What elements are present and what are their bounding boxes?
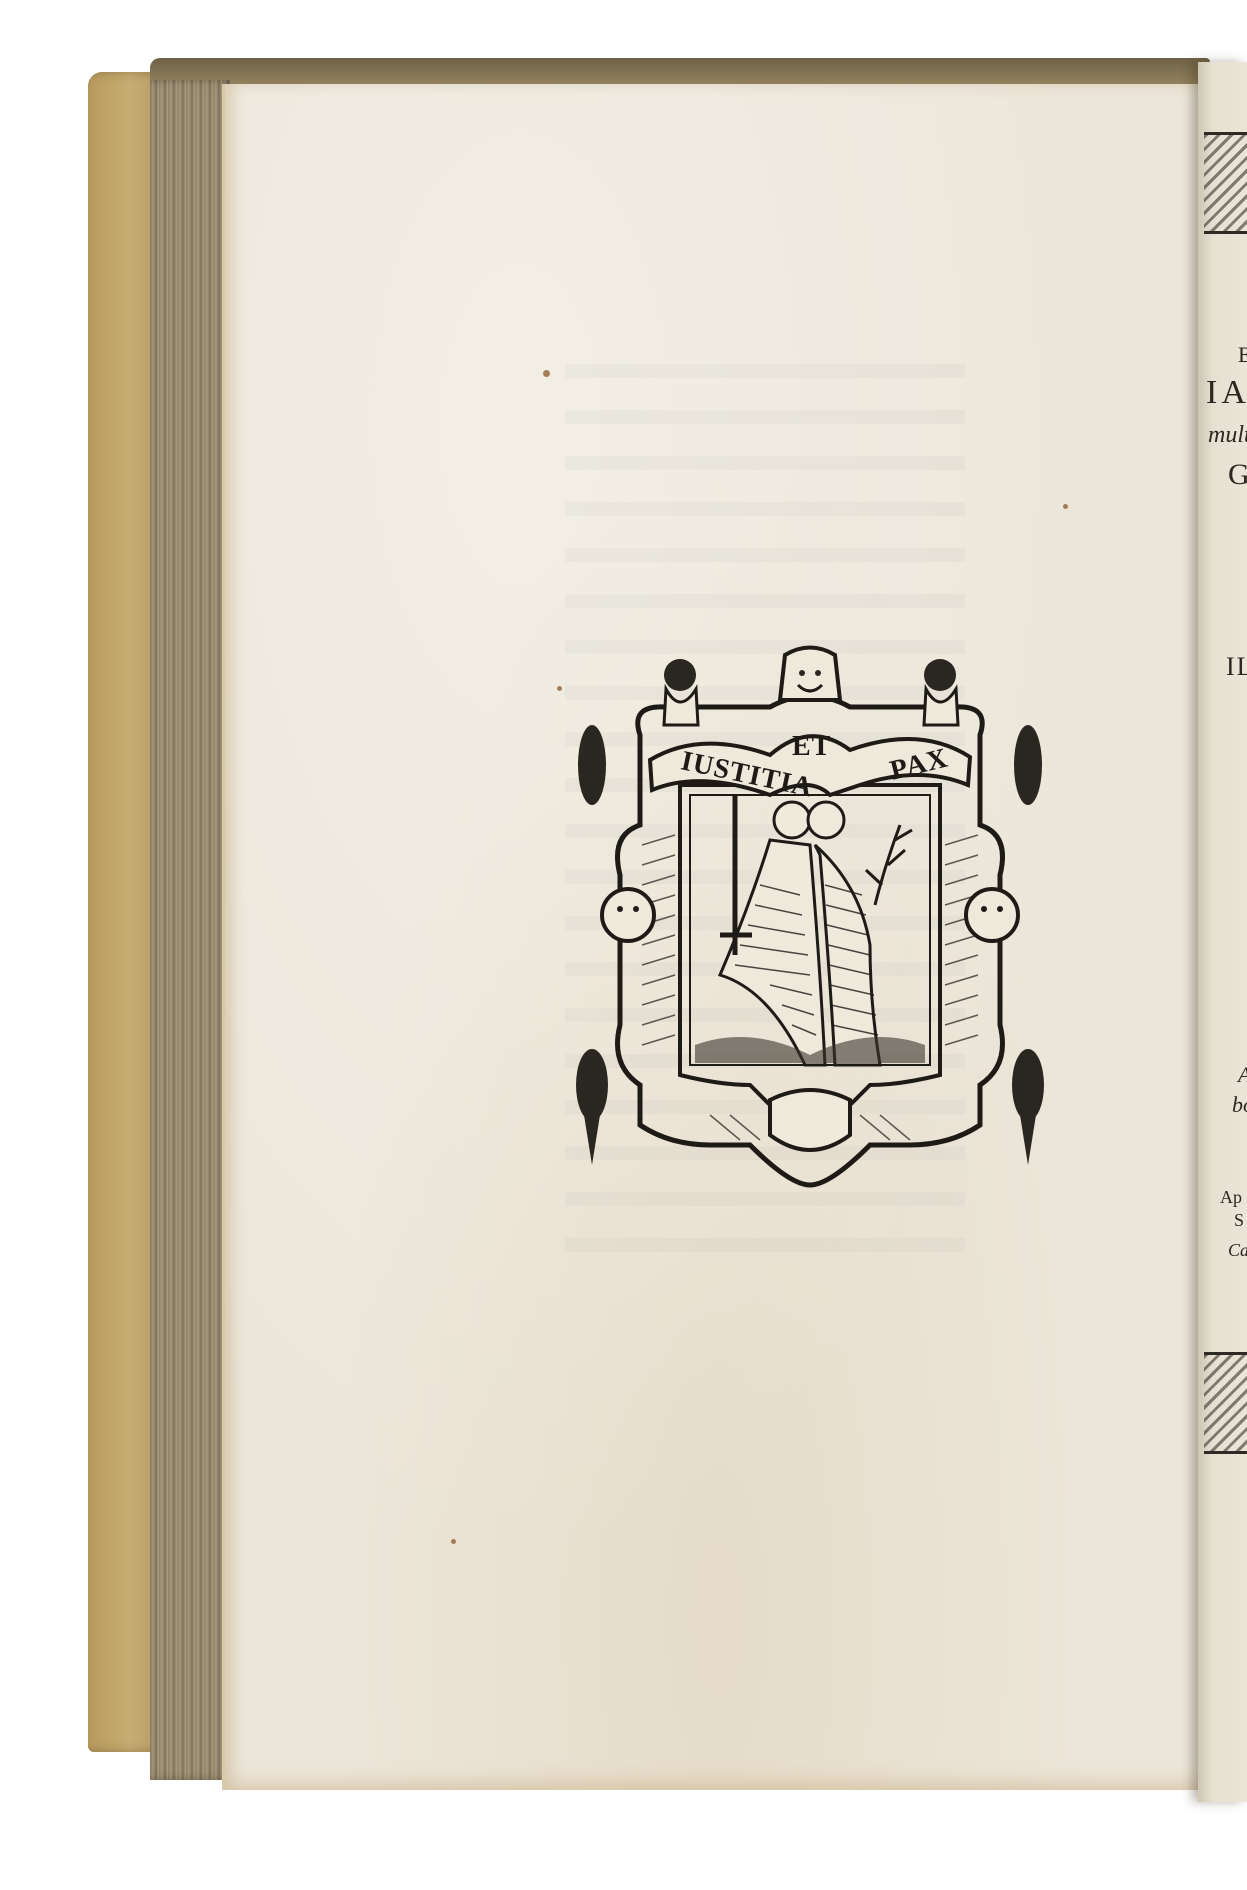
ornamental-border-bottom: [1204, 1352, 1247, 1454]
right-title-page: E IAPA multo Ge ILL Ar bon Ap S Ca: [1198, 62, 1247, 1802]
ornamental-border-top: [1204, 132, 1247, 234]
imprint-fragment: Ca: [1228, 1240, 1247, 1261]
foxing-spot: [451, 1539, 456, 1544]
title-fragment: IAPA: [1206, 374, 1247, 412]
page-block-edge: [150, 80, 230, 1780]
foxing-spot: [1063, 504, 1068, 509]
woodcut-illustration: [570, 645, 1050, 1205]
foxing-spot: [543, 370, 550, 377]
book-photo: IUSTITIA ET PAX E IAPA multo Ge ILL Ar b…: [0, 0, 1247, 1890]
imprint-fragment: Ap: [1220, 1187, 1242, 1208]
foxing-spot: [557, 686, 562, 691]
title-fragment: ILL: [1226, 652, 1247, 682]
title-fragment: Ge: [1228, 458, 1247, 492]
title-fragment: multo: [1208, 422, 1247, 449]
title-fragment: E: [1238, 342, 1247, 368]
title-fragment: bon: [1232, 1092, 1247, 1118]
imprint-fragment: S: [1234, 1210, 1244, 1231]
title-fragment: Ar: [1238, 1062, 1247, 1088]
motto-word-et: ET: [792, 731, 831, 763]
printers-device-woodcut: IUSTITIA ET PAX: [570, 645, 1050, 1205]
